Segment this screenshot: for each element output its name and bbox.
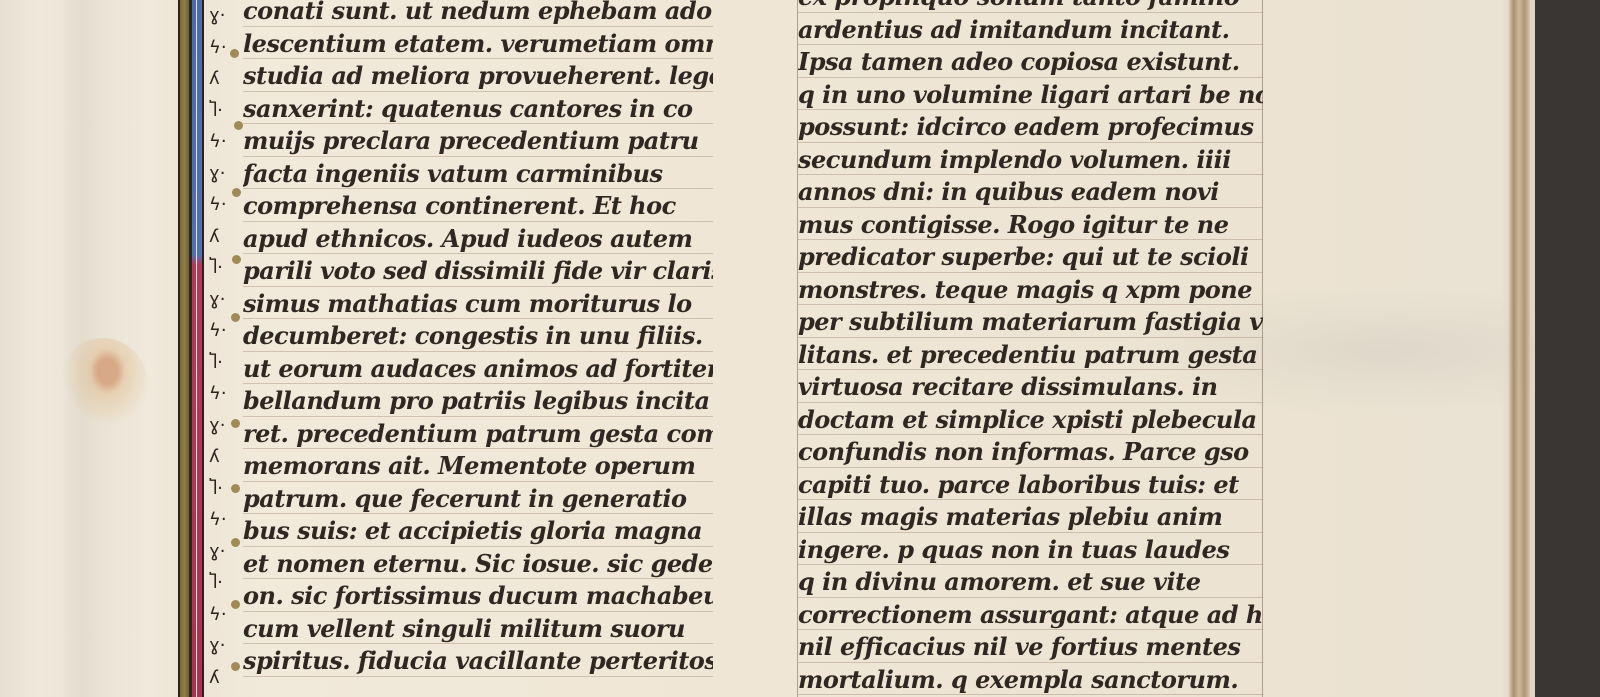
text-line: nil efficacius nil ve fortius mentes: [798, 630, 1263, 663]
text-line: litans. et precedentiu patrum gesta: [798, 338, 1263, 371]
border-outline-inner: [202, 0, 204, 697]
text-line: per subtilium materiarum fastigia vo: [798, 305, 1263, 338]
text-line: apud ethnicos. Apud iudeos autem: [243, 222, 713, 255]
gold-dot-icon: [231, 419, 240, 428]
flourish-icon: ϟ·: [205, 126, 241, 158]
text-line: sanxerint: quatenus cantores in co: [243, 92, 713, 125]
flourish-icon: ɣ·: [205, 158, 241, 190]
text-line: ex propinquo sonum tanto famino: [798, 0, 1263, 13]
flourish-icon: ʎ: [205, 441, 241, 473]
border-white-highlight: [196, 0, 197, 697]
text-line: bus suis: et accipietis gloria magna: [243, 514, 713, 547]
text-line: possunt: idcirco eadem profecimus: [798, 110, 1263, 143]
text-line: decumberet: congestis in unu filiis.: [243, 319, 713, 352]
text-line: annos dni: in quibus eadem novi: [798, 175, 1263, 208]
text-line: conati sunt. ut nedum ephebam ado: [243, 0, 713, 27]
text-line: q in uno volumine ligari artari be non: [798, 78, 1263, 111]
gold-dot-icon: [232, 255, 241, 264]
flourish-icon: ɣ·: [205, 630, 241, 662]
gold-dot-icon: [231, 600, 240, 609]
text-line: comprehensa continerent. Et hoc: [243, 189, 713, 222]
text-line: Ipsa tamen adeo copiosa existunt.: [798, 45, 1263, 78]
text-line: patrum. que fecerunt in generatio: [243, 482, 713, 515]
text-line: memorans ait. Mementote operum: [243, 449, 713, 482]
text-line: doctam et simplice xpisti plebecula: [798, 403, 1263, 436]
text-line: secundum implendo volumen. iiii: [798, 143, 1263, 176]
gold-dot-icon: [230, 49, 239, 58]
flourish-icon: Ⴈ·: [205, 347, 241, 379]
background-dark: [1535, 0, 1600, 697]
text-line: studia ad meliora provueherent. lege: [243, 59, 713, 92]
text-line: capiti tuo. parce laboribus tuis: et: [798, 468, 1263, 501]
text-line: virtuosa recitare dissimulans. in: [798, 370, 1263, 403]
flourish-icon: ϟ·: [205, 504, 241, 536]
foxing-stain: [58, 338, 148, 433]
text-line: cum vellent singuli militum suoru: [243, 612, 713, 645]
flourish-icon: ʎ: [205, 221, 241, 253]
flourish-icon: ɣ·: [205, 284, 241, 316]
text-line: lescentium etatem. verumetiam omniu: [243, 27, 713, 60]
text-line: monstres. teque magis q xpm pone: [798, 273, 1263, 306]
penwork-flourish: ɣ· ϟ· ʎ Ⴈ· ϟ· ɣ· ϟ· ʎ Ⴈ· ɣ· ϟ· Ⴈ· ϟ· ɣ· …: [205, 0, 241, 697]
flourish-icon: ɣ·: [205, 0, 241, 32]
text-line: bellandum pro patriis legibus incita: [243, 384, 713, 417]
flourish-icon: ʎ: [205, 63, 241, 95]
gold-dot-icon: [231, 313, 240, 322]
gold-dot-icon: [231, 538, 240, 547]
text-column-right: ex propinquo sonum tanto famino ardentiu…: [798, 0, 1263, 695]
text-line: simus mathatias cum moriturus lo: [243, 287, 713, 320]
flourish-icon: ϟ·: [205, 32, 241, 64]
gold-dot-icon: [231, 484, 240, 493]
text-line: predicator superbe: qui ut te scioli: [798, 240, 1263, 273]
border-blue-red-bar: [192, 0, 202, 697]
text-line: confundis non informas. Parce gso: [798, 435, 1263, 468]
text-line: q in divinu amorem. et sue vite: [798, 565, 1263, 598]
page-edge: [1508, 0, 1530, 697]
text-line: et nomen eternu. Sic iosue. sic gede: [243, 547, 713, 580]
text-line: parili voto sed dissimili fide vir clari…: [243, 254, 713, 287]
text-line: illas magis materias plebiu anim: [798, 500, 1263, 533]
text-line: on. sic fortissimus ducum machabeus.: [243, 579, 713, 612]
text-line: mortalium. q exempla sanctorum.: [798, 663, 1263, 696]
text-line: correctionem assurgant: atque ad hec: [798, 598, 1263, 631]
text-line: ardentius ad imitandum incitant.: [798, 13, 1263, 46]
gold-dot-icon: [232, 188, 241, 197]
text-line: ut eorum audaces animos ad fortiter: [243, 352, 713, 385]
gold-dot-icon: [231, 662, 240, 671]
text-line: facta ingeniis vatum carminibus: [243, 157, 713, 190]
text-line: ingere. p quas non in tuas laudes: [798, 533, 1263, 566]
border-gold-bar: [180, 0, 189, 697]
text-column-left: conati sunt. ut nedum ephebam ado lescen…: [243, 0, 713, 677]
flourish-icon: Ⴈ·: [205, 567, 241, 599]
text-line: mus contigisse. Rogo igitur te ne: [798, 208, 1263, 241]
flourish-icon: ϟ·: [205, 378, 241, 410]
text-line: spiritus. fiducia vacillante perteritos: [243, 644, 713, 677]
text-line: ret. precedentium patrum gesta com: [243, 417, 713, 450]
gold-dot-icon: [234, 121, 243, 130]
text-line: muijs preclara precedentium patru: [243, 124, 713, 157]
